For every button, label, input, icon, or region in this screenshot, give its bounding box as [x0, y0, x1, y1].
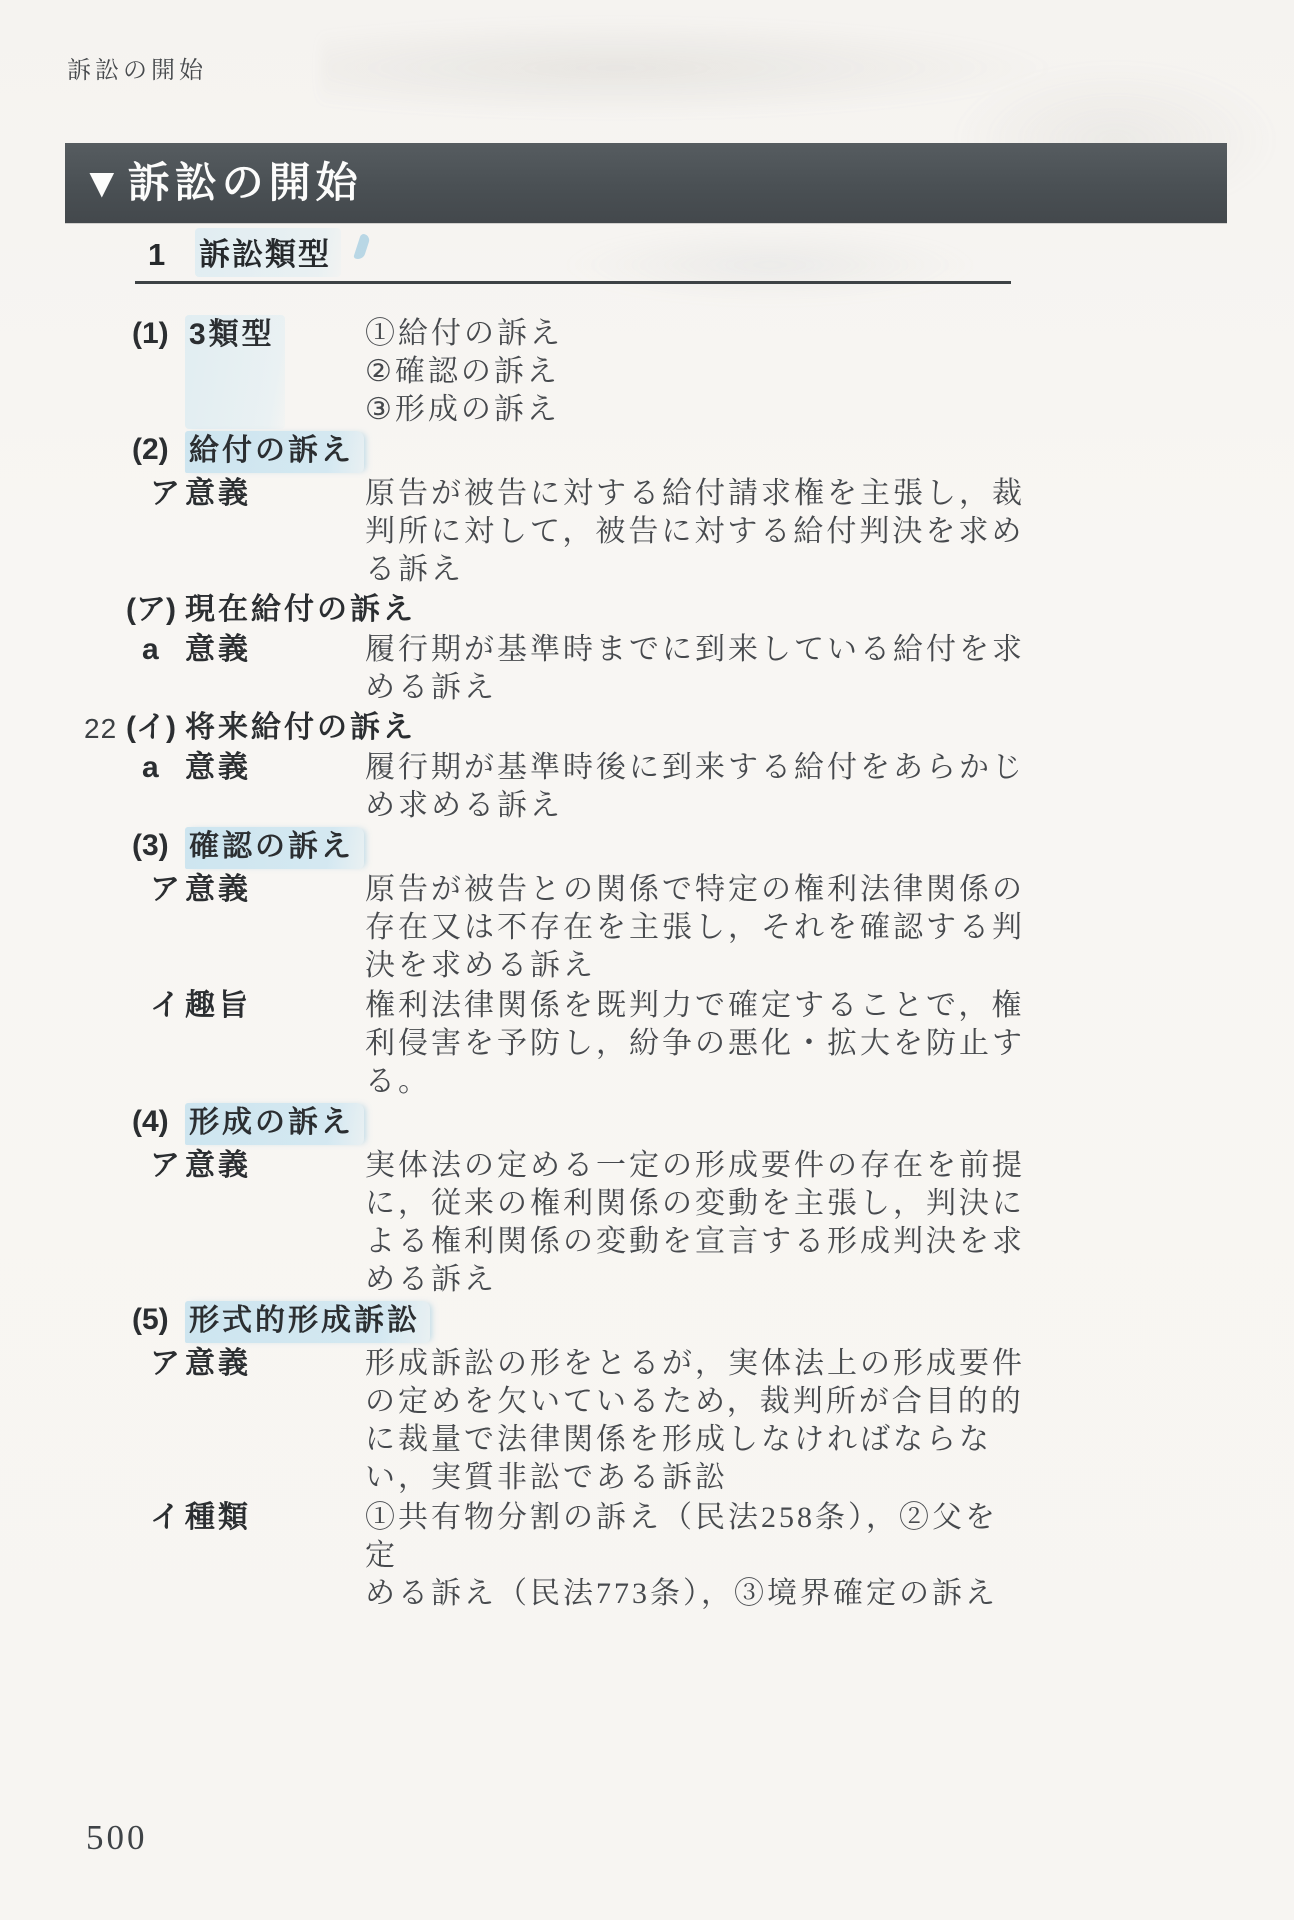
- outline-row: 22 (イ) 将来給付の訴え: [0, 709, 1030, 747]
- row-term-label: 形成の訴え: [185, 1103, 364, 1145]
- row-definition-text: 原告が被告に対する給付請求権を主張し，裁 判所に対して，被告に対する給付判決を求…: [365, 475, 1030, 589]
- row-definition-text: 履行期が基準時までに到来している給付を求 める訴え: [365, 631, 1030, 707]
- outline-row: イ 趣旨 権利法律関係を既判力で確定することで，権 利侵害を予防し，紛争の悪化・…: [0, 987, 1030, 1101]
- row-term-label: 確認の訴え: [185, 827, 364, 869]
- outline-row: a 意義 履行期が基準時後に到来する給付をあらかじ め求める訴え: [0, 749, 1030, 825]
- row-index-label: (2): [132, 431, 185, 473]
- row-definition-text: [365, 709, 1030, 747]
- outline-row: ア 意義 実体法の定める一定の形成要件の存在を前提 に，従来の権利関係の変動を主…: [0, 1147, 1030, 1299]
- outline-row: ア 意義 原告が被告との関係で特定の権利法律関係の 存在又は不存在を主張し，それ…: [0, 871, 1030, 985]
- section-number: 1: [148, 237, 195, 273]
- row-definition-text: 形成訴訟の形をとるが，実体法上の形成要件 の定めを欠いているため，裁判所が合目的…: [365, 1345, 1030, 1497]
- row-definition-text: 原告が被告との関係で特定の権利法律関係の 存在又は不存在を主張し，それを確認する…: [365, 871, 1030, 985]
- row-index-label: ア: [132, 871, 185, 985]
- outline-row: (3) 確認の訴え: [0, 827, 1030, 869]
- row-definition-text: [365, 827, 1030, 869]
- section-title: 訴訟類型: [195, 228, 341, 277]
- row-term-label: 意義: [185, 749, 251, 825]
- row-term-label: 種類: [185, 1499, 251, 1613]
- row-definition-text: ①共有物分割の訴え（民法258条），②父を定 める訴え（民法773条），③境界確…: [365, 1499, 1030, 1613]
- chapter-banner: ▼訴訟の開始: [65, 143, 1227, 223]
- outline-content: (1) 3類型 ①給付の訴え ②確認の訴え ③形成の訴え (2) 給付の訴え ア…: [0, 313, 1030, 1613]
- row-index-label: (3): [132, 827, 185, 869]
- outline-row: (4) 形成の訴え: [0, 1103, 1030, 1145]
- row-index-label: ア: [132, 1147, 185, 1299]
- outline-row: (1) 3類型 ①給付の訴え ②確認の訴え ③形成の訴え: [0, 315, 1030, 429]
- outline-row: イ 種類 ①共有物分割の訴え（民法258条），②父を定 める訴え（民法773条）…: [0, 1499, 1030, 1613]
- row-term-label: 意義: [185, 631, 251, 707]
- outline-row: (5) 形式的形成訴訟: [0, 1301, 1030, 1343]
- row-index-label: (1): [132, 315, 185, 429]
- row-definition-text: [365, 431, 1030, 473]
- outline-row: ア 意義 原告が被告に対する給付請求権を主張し，裁 判所に対して，被告に対する給…: [0, 475, 1030, 589]
- book-page: 訴訟の開始 ▼訴訟の開始 1 訴訟類型 (1) 3類型 ①給付の訴え ②確認の訴…: [0, 0, 1294, 1920]
- row-index-label: ア: [132, 475, 185, 589]
- row-definition-text: ①給付の訴え ②確認の訴え ③形成の訴え: [365, 315, 1030, 429]
- bleedthrough-smudge: [320, 18, 1060, 118]
- row-term-label: 意義: [185, 871, 251, 985]
- row-term-label: 給付の訴え: [185, 431, 364, 473]
- outline-row: a 意義 履行期が基準時までに到来している給付を求 める訴え: [0, 631, 1030, 707]
- margin-paragraph-number: 22: [84, 710, 117, 748]
- bleedthrough-smudge: [560, 225, 980, 305]
- running-header: 訴訟の開始: [67, 50, 207, 85]
- row-index-label: a: [132, 749, 185, 825]
- row-definition-text: 履行期が基準時後に到来する給付をあらかじ め求める訴え: [365, 749, 1030, 825]
- row-index-label: (5): [132, 1301, 185, 1343]
- row-index-label: a: [132, 631, 185, 707]
- row-index-label: (4): [132, 1103, 185, 1145]
- row-index-label: イ: [132, 987, 185, 1101]
- row-term-label: 3類型: [185, 315, 285, 429]
- row-definition-text: [365, 1301, 1030, 1343]
- row-index-label: (イ): [126, 709, 185, 747]
- row-term-label: 意義: [185, 1345, 251, 1497]
- section-heading: 1 訴訟類型: [148, 228, 341, 277]
- row-term-label: 趣旨: [185, 987, 251, 1101]
- outline-row: (2) 給付の訴え: [0, 431, 1030, 473]
- section-rule: [135, 281, 1011, 284]
- row-term-label: 意義: [185, 475, 251, 589]
- row-definition-text: [365, 591, 1030, 629]
- outline-row: ア 意義 形成訴訟の形をとるが，実体法上の形成要件 の定めを欠いているため，裁判…: [0, 1345, 1030, 1497]
- row-index-label: イ: [132, 1499, 185, 1613]
- page-number: 500: [86, 1818, 148, 1858]
- highlight-tick-mark: [353, 233, 371, 261]
- chapter-banner-title: ▼訴訟の開始: [65, 162, 363, 204]
- row-index-label: (ア): [126, 591, 185, 629]
- row-index-label: ア: [132, 1345, 185, 1497]
- row-term-label: 意義: [185, 1147, 251, 1299]
- row-definition-text: 権利法律関係を既判力で確定することで，権 利侵害を予防し，紛争の悪化・拡大を防止…: [365, 987, 1030, 1101]
- row-definition-text: [365, 1103, 1030, 1145]
- row-definition-text: 実体法の定める一定の形成要件の存在を前提 に，従来の権利関係の変動を主張し，判決…: [365, 1147, 1030, 1299]
- outline-row: (ア) 現在給付の訴え: [0, 591, 1030, 629]
